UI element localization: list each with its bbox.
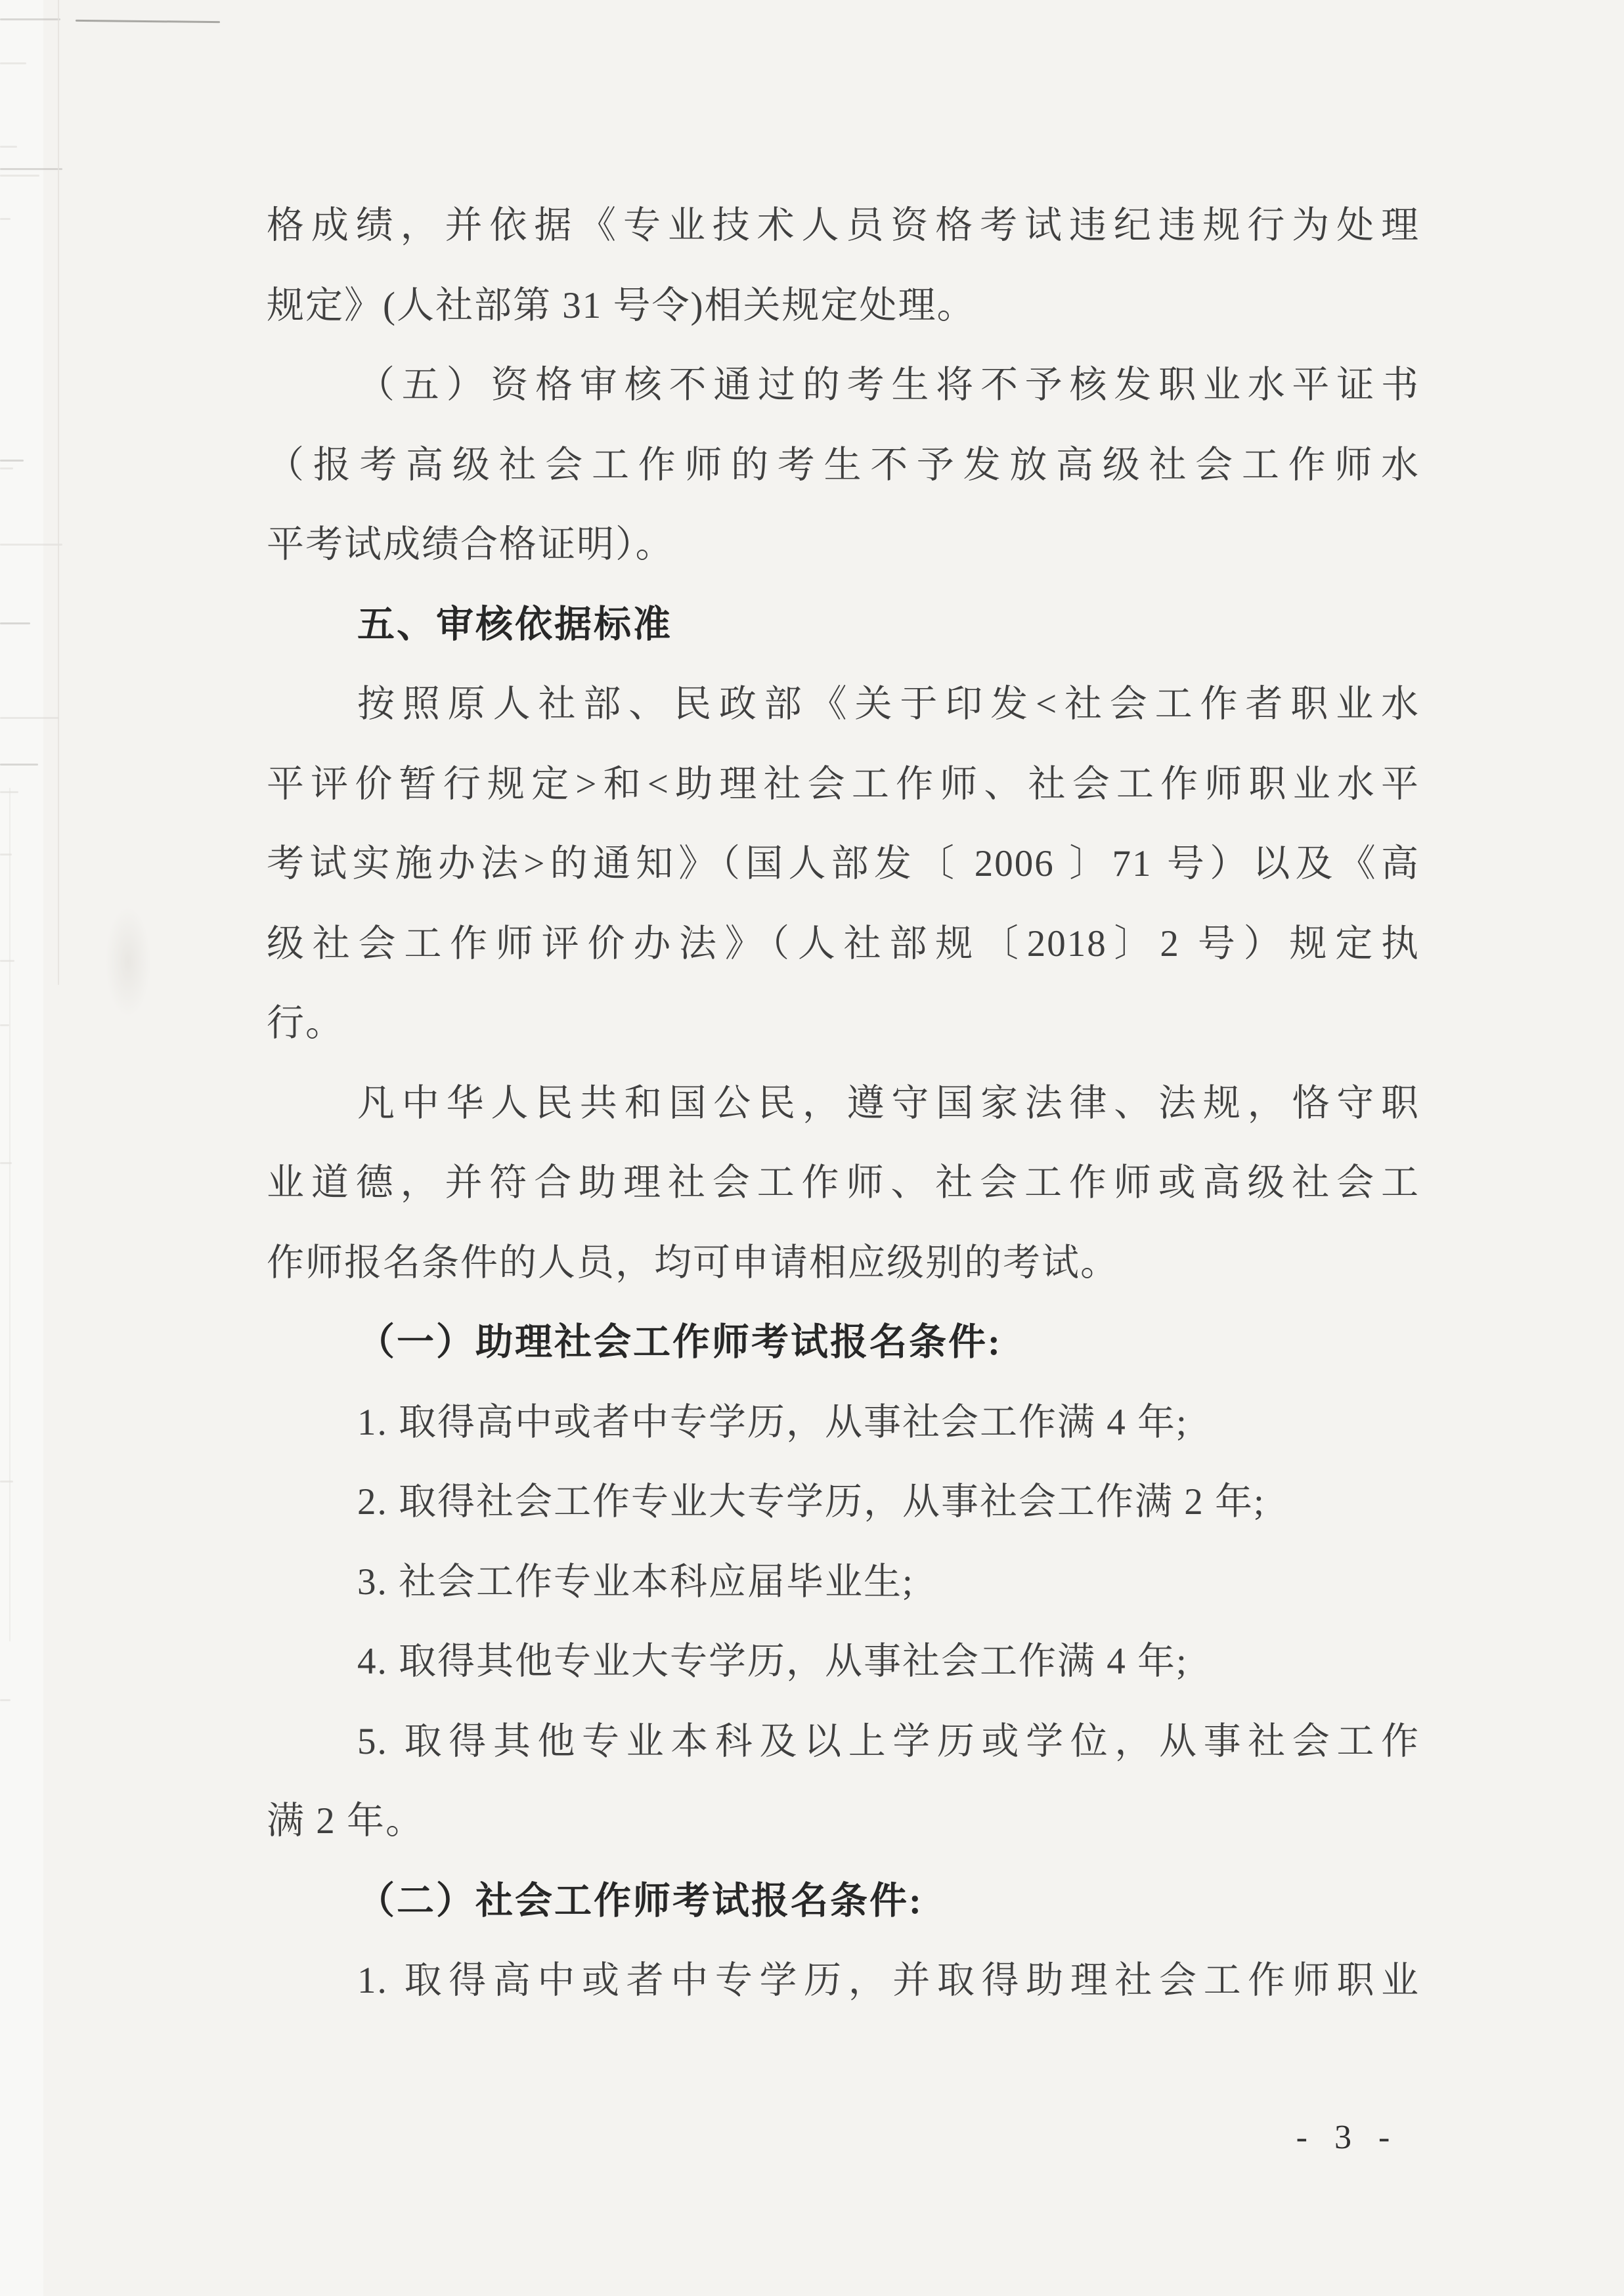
text-line: 行。 — [267, 984, 1420, 1064]
text-line: 按照原人社部、民政部《关于印发<社会工作者职业水 — [267, 664, 1420, 745]
scan-artifact — [0, 218, 11, 220]
text-line: （报考高级社会工作师的考生不予发放高级社会工作师水 — [267, 425, 1420, 506]
text-line: 满 2 年。 — [267, 1781, 1420, 1861]
scan-artifact — [0, 960, 14, 962]
text-line: 5. 取得其他专业本科及以上学历或学位，从事社会工作 — [267, 1702, 1420, 1782]
heading-line: 五、审核依据标准 — [267, 585, 1420, 665]
text-line: 平考试成绩合格证明）。 — [267, 505, 1420, 585]
text-line: 4. 取得其他专业大专学历，从事社会工作满 4 年; — [267, 1622, 1420, 1702]
scan-artifact — [105, 906, 151, 1018]
scan-artifact — [0, 717, 59, 719]
text-line: 3. 社会工作专业本科应届毕业生; — [267, 1542, 1420, 1622]
text-line: 1. 取得高中或者中专学历，从事社会工作满 4 年; — [267, 1383, 1420, 1463]
text-line: 作师报名条件的人员，均可申请相应级别的考试。 — [267, 1223, 1420, 1303]
scan-artifact — [0, 544, 62, 546]
scan-artifact — [0, 1699, 11, 1701]
text-line: 2. 取得社会工作专业大专学历，从事社会工作满 2 年; — [267, 1462, 1420, 1542]
text-lines: 格成绩，并依据《专业技术人员资格考试违纪违规行为处理规定》(人社部第 31 号令… — [267, 186, 1420, 2021]
text-line: 1. 取得高中或者中专学历，并取得助理社会工作师职业 — [267, 1941, 1420, 2021]
scan-artifact — [9, 788, 11, 1641]
scan-artifact — [0, 622, 30, 624]
scan-artifact — [0, 175, 39, 177]
heading-line: （一）助理社会工作师考试报名条件: — [267, 1303, 1420, 1383]
text-line: 规定》(人社部第 31 号令)相关规定处理。 — [267, 266, 1420, 346]
page-number: - 3 - — [1262, 2118, 1433, 2157]
scan-artifact — [0, 146, 17, 148]
text-line: 凡中华人民共和国公民，遵守国家法律、法规，恪守职 — [267, 1064, 1420, 1144]
scan-artifact — [0, 1481, 13, 1483]
text-line: 格成绩，并依据《专业技术人员资格考试违纪违规行为处理 — [267, 186, 1420, 266]
scan-artifact — [0, 764, 38, 766]
scan-artifact — [76, 20, 220, 23]
text-line: （五）资格审核不通过的考生将不予核发职业水平证书 — [267, 345, 1420, 425]
heading-line: （二）社会工作师考试报名条件: — [267, 1861, 1420, 1941]
scanned-document-page: 格成绩，并依据《专业技术人员资格考试违纪违规行为处理规定》(人社部第 31 号令… — [0, 0, 1624, 2296]
text-line: 级社会工作师评价办法》（人社部规〔2018〕2 号）规定执 — [267, 904, 1420, 984]
text-line: 考试实施办法>的通知》（国人部发〔 2006 〕71 号）以及《高 — [267, 824, 1420, 904]
scan-artifact — [0, 168, 62, 170]
scan-artifact — [0, 1024, 9, 1026]
scan-artifact — [58, 0, 59, 985]
scan-artifact — [0, 18, 60, 20]
scan-artifact — [0, 460, 24, 462]
scan-artifact — [0, 467, 13, 469]
text-line: 平评价暂行规定>和<助理社会工作师、社会工作师职业水平 — [267, 745, 1420, 825]
text-line: 业道德，并符合助理社会工作师、社会工作师或高级社会工 — [267, 1143, 1420, 1223]
scanner-edge-strip — [0, 0, 43, 2296]
scan-artifact — [0, 62, 26, 64]
